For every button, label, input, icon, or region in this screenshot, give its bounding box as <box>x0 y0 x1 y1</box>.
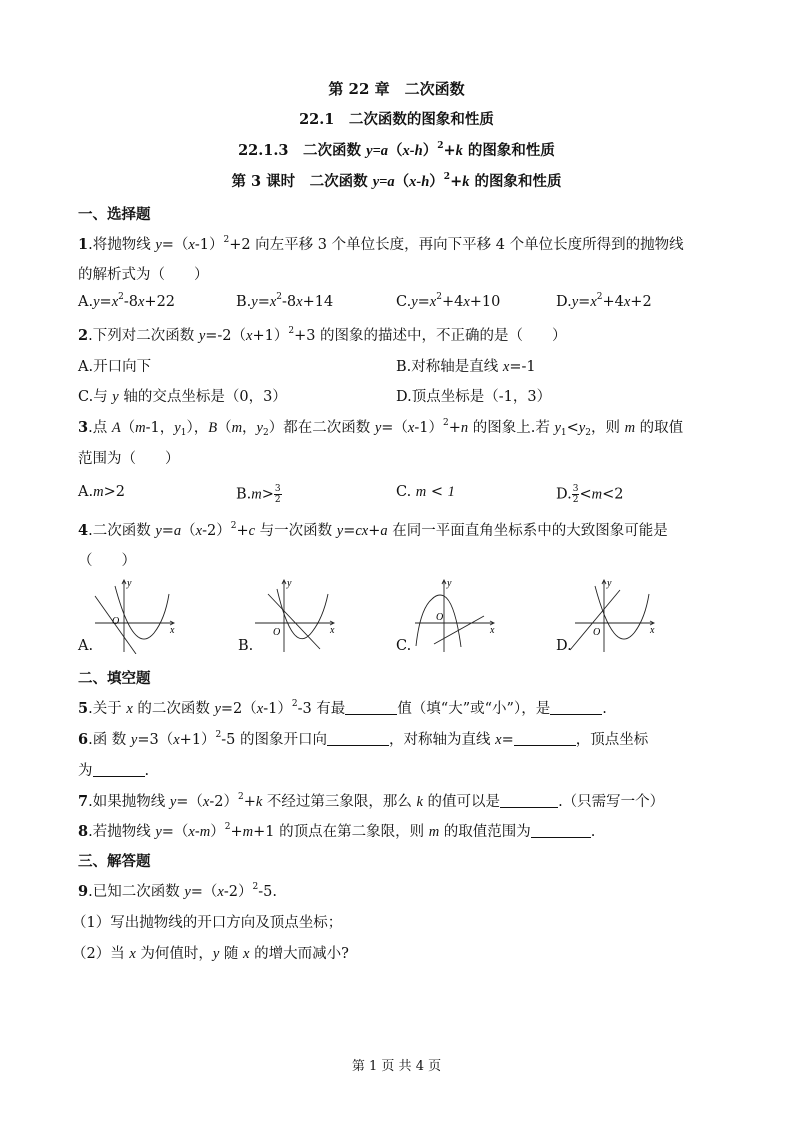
question-3-cont: 范围为（ ） <box>78 447 180 468</box>
q2-option-c[interactable]: C.与 y 轴的交点坐标是（0，3） <box>78 385 287 406</box>
fraction-3-2: 32 <box>572 484 580 505</box>
graph-label-a[interactable]: A. <box>78 638 93 654</box>
q3-option-d[interactable]: D.32<m<2 <box>556 484 623 505</box>
document-page: 第 22 章 二次函数 22.1 二次函数的图象和性质 22.1.3 二次函数 … <box>0 0 793 1122</box>
section-heading-answer: 三、解答题 <box>78 850 151 871</box>
graph-option-d[interactable]: y x O <box>558 574 668 654</box>
svg-text:y: y <box>286 578 292 589</box>
question-4-cont: （ ） <box>78 549 136 570</box>
svg-text:x: x <box>329 625 335 636</box>
q8-blank[interactable] <box>531 823 591 838</box>
question-1: 1.将抛物线 y=（x-1）2+2 向左平移 3 个单位长度，再向下平移 4 个… <box>78 233 684 254</box>
question-7: 7.如果抛物线 y=（x-2）2+k 不经过第三象限，那么 k 的值可以是.（只… <box>78 790 664 811</box>
page-footer: 第 1 页 共 4 页 <box>0 1055 793 1074</box>
q3-option-a[interactable]: A.m>2 <box>78 484 125 501</box>
q7-blank[interactable] <box>500 793 558 808</box>
section-heading-fill: 二、填空题 <box>78 667 151 688</box>
q6-blank-2[interactable] <box>514 731 576 746</box>
lesson-title: 第 3 课时 二次函数 y=a（x-h）2+k 的图象和性质 <box>0 170 793 191</box>
graph-label-b[interactable]: B. <box>238 638 253 654</box>
section-heading-choice: 一、选择题 <box>78 203 151 224</box>
q1-option-b[interactable]: B.y=x2-8x+14 <box>236 294 333 311</box>
section-title: 22.1 二次函数的图象和性质 <box>0 108 793 129</box>
question-8: 8.若抛物线 y=（x-m）2+m+1 的顶点在第二象限，则 m 的取值范围为. <box>78 820 595 841</box>
q5-blank-2[interactable] <box>550 700 602 715</box>
question-4: 4.二次函数 y=a（x-2）2+c 与一次函数 y=cx+a 在同一平面直角坐… <box>78 519 668 540</box>
x-axis-label: x <box>169 625 175 636</box>
svg-text:y: y <box>606 578 612 589</box>
fraction-3-2: 32 <box>274 484 282 505</box>
q2-option-a[interactable]: A.开口向下 <box>78 355 151 376</box>
svg-text:O: O <box>273 627 280 638</box>
svg-text:y: y <box>446 578 452 589</box>
graph-label-d[interactable]: D. <box>556 638 572 654</box>
q3-option-c[interactable]: C. m < 1 <box>396 484 455 501</box>
q1-option-a[interactable]: A.y=x2-8x+22 <box>78 294 175 311</box>
graph-option-b[interactable]: y x O <box>238 574 348 654</box>
q2-option-d[interactable]: D.顶点坐标是（-1，3） <box>396 385 551 406</box>
q1-option-d[interactable]: D.y=x2+4x+2 <box>556 294 652 311</box>
svg-text:x: x <box>649 625 655 636</box>
question-6: 6.函 数 y=3（x+1）2-5 的图象开口向，对称轴为直线 x=，顶点坐标 <box>78 728 648 749</box>
question-9: 9.已知二次函数 y=（x-2）2-5. <box>78 880 277 901</box>
y-axis-label: y <box>126 578 132 589</box>
question-9-part-2: （2）当 x 为何值时，y 随 x 的增大而减小? <box>72 942 349 963</box>
chapter-title: 第 22 章 二次函数 <box>0 78 793 99</box>
question-3: 3.点 A（m-1，y1），B（m，y2）都在二次函数 y=（x-1）2+n 的… <box>78 416 683 437</box>
subsection-title: 22.1.3 二次函数 y=a（x-h）2+k 的图象和性质 <box>0 139 793 160</box>
graph-label-c[interactable]: C. <box>396 638 411 654</box>
svg-text:x: x <box>489 625 495 636</box>
q6-blank-1[interactable] <box>327 731 389 746</box>
question-5: 5.关于 x 的二次函数 y=2（x-1）2-3 有最值（填“大”或“小”），是… <box>78 697 607 718</box>
q3-option-b[interactable]: B.m>32 <box>236 484 282 505</box>
question-2: 2.下列对二次函数 y=-2（x+1）2+3 的图象的描述中，不正确的是（ ） <box>78 324 567 345</box>
graph-option-a[interactable]: y x O <box>78 574 188 654</box>
q2-option-b[interactable]: B.对称轴是直线 x=-1 <box>396 355 536 376</box>
q5-blank-1[interactable] <box>345 700 397 715</box>
question-1-cont: 的解析式为（ ） <box>78 263 209 284</box>
graph-option-c[interactable]: y x O <box>398 574 508 654</box>
origin-label: O <box>112 616 119 627</box>
question-9-part-1: （1）写出抛物线的开口方向及顶点坐标； <box>72 911 342 932</box>
svg-text:O: O <box>593 627 600 638</box>
q6-blank-3[interactable] <box>93 762 145 777</box>
question-6-cont: 为. <box>78 759 149 780</box>
svg-text:O: O <box>436 612 443 623</box>
q1-option-c[interactable]: C.y=x2+4x+10 <box>396 294 500 311</box>
